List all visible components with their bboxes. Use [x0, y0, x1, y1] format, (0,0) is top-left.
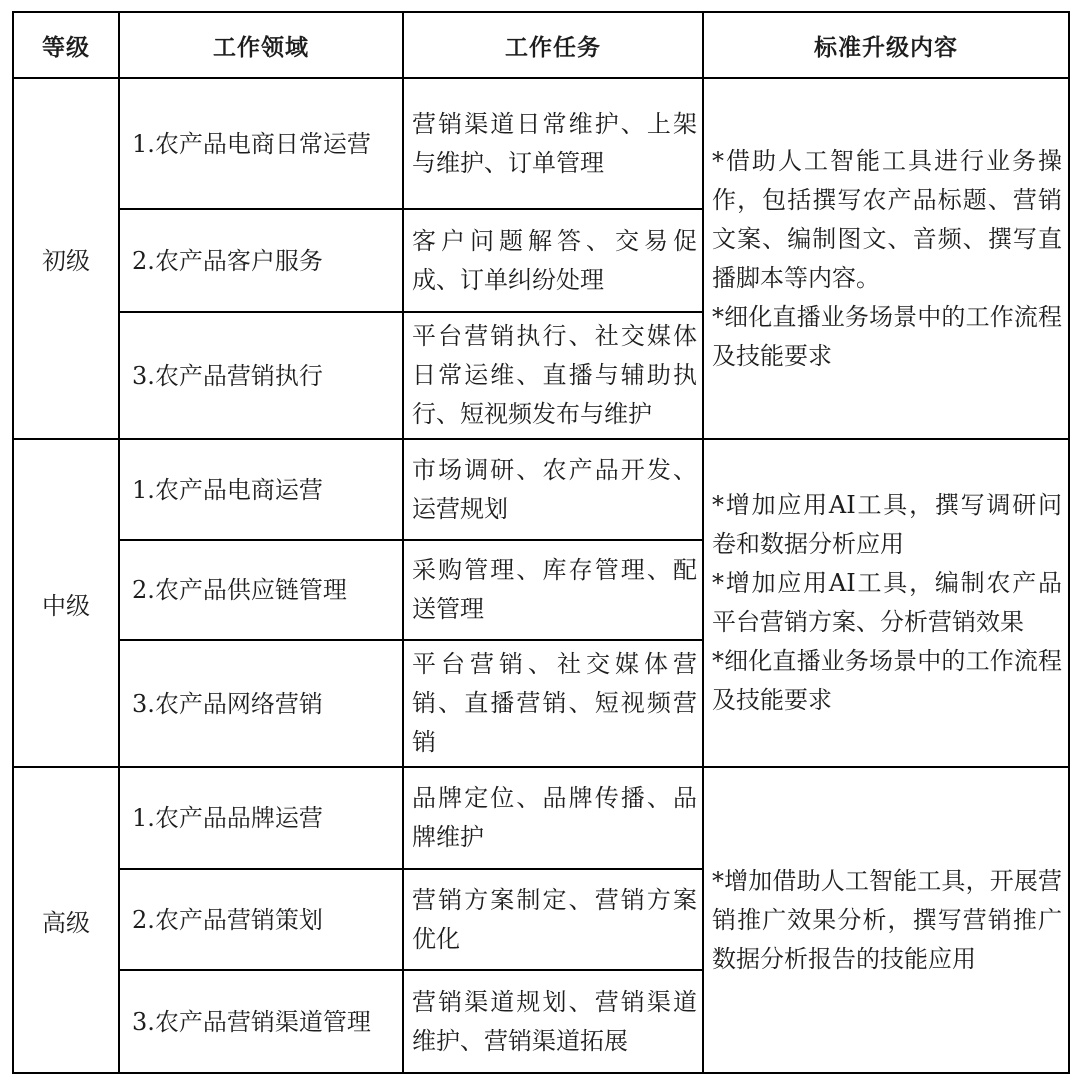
tasks-cell: 营销方案制定、营销方案优化: [403, 869, 703, 970]
field-cell: 3.农产品网络营销: [119, 640, 403, 767]
field-cell: 3.农产品营销执行: [119, 312, 403, 439]
level-cell-junior: 初级: [13, 78, 119, 439]
field-cell: 3.农产品营销渠道管理: [119, 970, 403, 1073]
header-row: 等级 工作领域 工作任务 标准升级内容: [13, 12, 1069, 78]
header-work-field: 工作领域: [119, 12, 403, 78]
tasks-cell: 营销渠道日常维护、上架与维护、订单管理: [403, 78, 703, 209]
upgrade-cell-senior: *增加借助人工智能工具，开展营销推广效果分析，撰写营销推广数据分析报告的技能应用: [703, 767, 1069, 1073]
tasks-cell: 采购管理、库存管理、配送管理: [403, 540, 703, 640]
table-row: 初级 1.农产品电商日常运营 营销渠道日常维护、上架与维护、订单管理 *借助人工…: [13, 78, 1069, 209]
field-cell: 2.农产品营销策划: [119, 869, 403, 970]
tasks-cell: 营销渠道规划、营销渠道维护、营销渠道拓展: [403, 970, 703, 1073]
level-cell-senior: 高级: [13, 767, 119, 1073]
tasks-cell: 品牌定位、品牌传播、品牌维护: [403, 767, 703, 869]
upgrade-cell-junior: *借助人工智能工具进行业务操作，包括撰写农产品标题、营销文案、编制图文、音频、撰…: [703, 78, 1069, 439]
header-work-tasks: 工作任务: [403, 12, 703, 78]
tasks-cell: 平台营销执行、社交媒体日常运维、直播与辅助执行、短视频发布与维护: [403, 312, 703, 439]
header-upgrade-content: 标准升级内容: [703, 12, 1069, 78]
tasks-cell: 平台营销、社交媒体营销、直播营销、短视频营销: [403, 640, 703, 767]
field-cell: 1.农产品品牌运营: [119, 767, 403, 869]
page-container: 等级 工作领域 工作任务 标准升级内容 初级 1.农产品电商日常运营 营销渠道日…: [0, 0, 1080, 1085]
field-cell: 1.农产品电商日常运营: [119, 78, 403, 209]
field-cell: 2.农产品客户服务: [119, 209, 403, 312]
field-cell: 1.农产品电商运营: [119, 439, 403, 540]
qualification-standard-table: 等级 工作领域 工作任务 标准升级内容 初级 1.农产品电商日常运营 营销渠道日…: [12, 11, 1070, 1074]
tasks-cell: 市场调研、农产品开发、运营规划: [403, 439, 703, 540]
tasks-cell: 客户问题解答、交易促成、订单纠纷处理: [403, 209, 703, 312]
upgrade-cell-intermediate: *增加应用AI工具，撰写调研问卷和数据分析应用 *增加应用AI工具，编制农产品平…: [703, 439, 1069, 767]
table-row: 高级 1.农产品品牌运营 品牌定位、品牌传播、品牌维护 *增加借助人工智能工具，…: [13, 767, 1069, 869]
field-cell: 2.农产品供应链管理: [119, 540, 403, 640]
table-row: 中级 1.农产品电商运营 市场调研、农产品开发、运营规划 *增加应用AI工具，撰…: [13, 439, 1069, 540]
header-level: 等级: [13, 12, 119, 78]
level-cell-intermediate: 中级: [13, 439, 119, 767]
